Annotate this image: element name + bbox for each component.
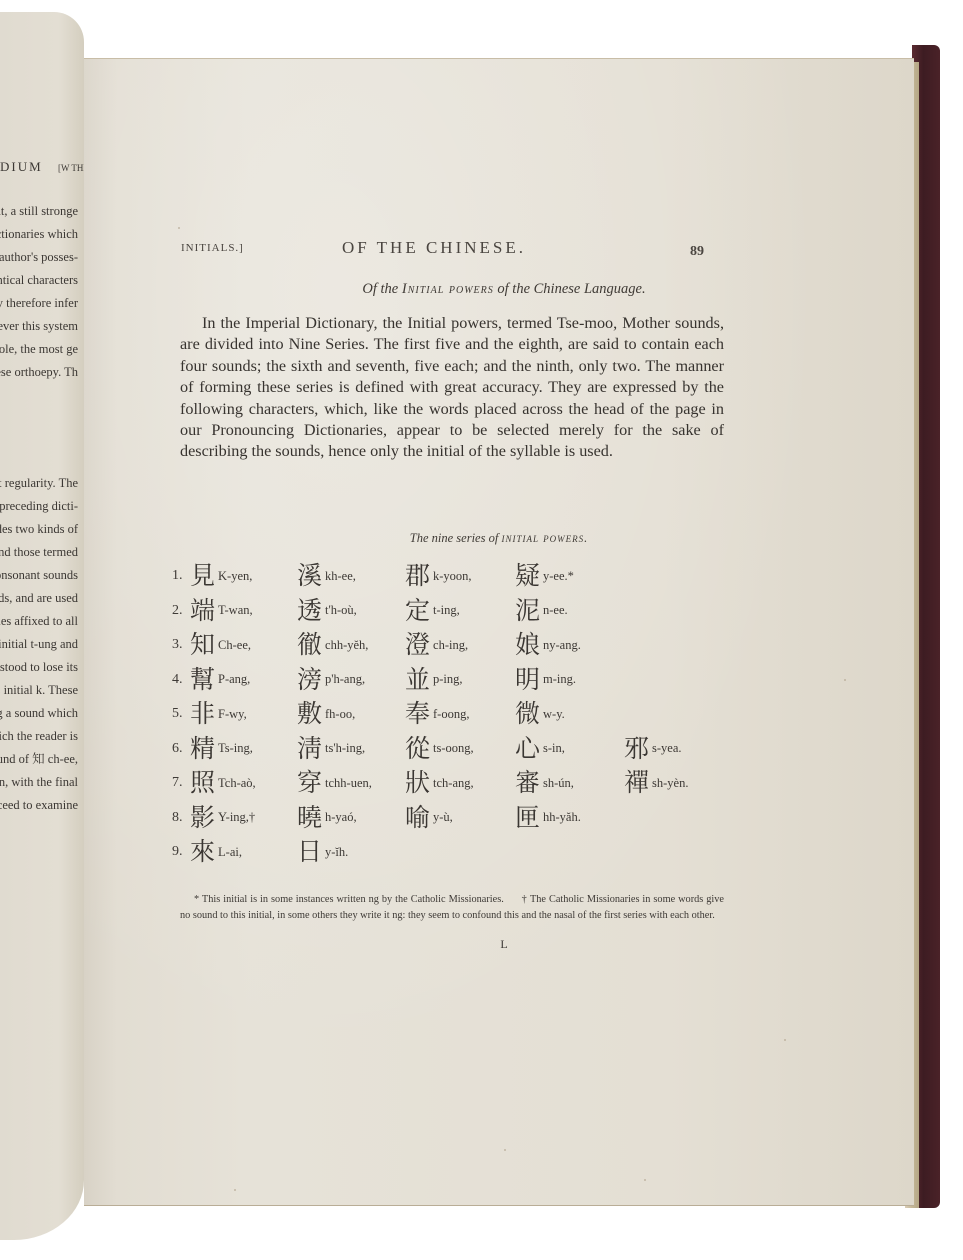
series-entry: 見K-yen, [190,561,252,591]
series-entry: 知Ch-ee, [190,630,251,660]
series-entry: 心s-in, [515,734,565,764]
chinese-character: 見 [190,561,215,591]
left-bracket: [W THE [58,164,84,173]
romanized-sound: Ch-ee, [218,638,251,653]
chinese-character: 微 [515,699,540,729]
left-page-line: It includes two kinds of [0,523,78,536]
series-entry: 穿tchh-uen, [297,768,372,798]
series-entry: 泥n-ee. [515,596,568,626]
left-page-line: he names affixed to all [0,615,78,628]
romanized-sound: ny-ang. [543,638,581,653]
footnote-star: * This initial is in some instances writ… [194,894,504,905]
romanized-sound: y-ee.* [543,569,574,584]
romanized-sound: sh-yèn. [652,776,688,791]
chinese-character: 郡 [405,561,430,591]
right-page: INITIALS.] OF THE CHINESE. 89 Of the Ini… [84,58,914,1206]
chinese-character: 端 [190,596,215,626]
romanized-sound: sh-ún, [543,776,574,791]
series-entry: 奉f-oong, [405,699,469,729]
left-page-line: understood to lose its [0,661,78,674]
romanized-sound: s-in, [543,741,565,756]
signature-mark: L [84,937,914,952]
caption-smallcaps: initial powers. [501,531,588,545]
series-entry: 曉h-yaó, [297,803,357,833]
series-entry: 透t'h-où, [297,596,357,626]
romanized-sound: kh-ee, [325,569,356,584]
chinese-character: 狀 [405,768,430,798]
romanized-sound: Y-ing,† [218,810,255,825]
romanized-sound: t-ing, [433,603,460,618]
series-entry: 滂p'h-ang, [297,665,365,695]
romanized-sound: K-yen, [218,569,252,584]
left-page-line: Chinese orthoepy. Th [0,366,78,379]
section-title-suffix: of the Chinese Language. [494,281,646,297]
series-entry: 禪sh-yèn. [624,768,688,798]
romanized-sound: Ts-ing, [218,741,253,756]
left-page-line: e in dictionaries which [0,228,78,241]
series-entry: 邪s-yea. [624,734,682,764]
romanized-sound: s-yea. [652,741,682,756]
romanized-sound: ch-ing, [433,638,468,653]
series-number: 6. [172,741,183,757]
romanized-sound: Tch-aò, [218,776,256,791]
series-entry: 澄ch-ing, [405,630,468,660]
running-head-title: OF THE CHINESE. [342,238,526,258]
left-page-line: ith which the reader is [0,730,78,743]
chinese-character: 精 [190,734,215,764]
series-entry: 並p-ing, [405,665,463,695]
chinese-character: 曉 [297,803,322,833]
chinese-character: 明 [515,665,540,695]
series-entry: 娘ny-ang. [515,630,581,660]
romanized-sound: k-yoon, [433,569,472,584]
chinese-character: 審 [515,768,540,798]
series-entry: 明m-ing. [515,665,576,695]
series-entry: 定t-ing, [405,596,460,626]
series-entry: 狀tch-ang, [405,768,474,798]
chinese-character: 溪 [297,561,322,591]
chinese-character: 來 [190,837,215,867]
romanized-sound: L-ai, [218,845,242,860]
chinese-character: 穿 [297,768,322,798]
series-number: 4. [172,672,183,688]
series-entry: 郡k-yoon, [405,561,472,591]
left-page-line: and the preceding dicti- [0,500,78,513]
series-entry: 疑y-ee.* [515,561,574,591]
left-page-line: in the author's posses- [0,251,78,264]
chinese-character: 奉 [405,699,430,729]
chinese-character: 照 [190,768,215,798]
romanized-sound: P-ang, [218,672,250,687]
chinese-character: 非 [190,699,215,729]
series-number: 7. [172,775,183,791]
left-page-line: the identical characters [0,274,78,287]
chinese-character: 匣 [515,803,540,833]
chinese-character: 定 [405,596,430,626]
left-page-line: nces soever this system [0,320,78,333]
chinese-character: 徹 [297,630,322,660]
series-entry: 幫P-ang, [190,665,250,695]
series-number: 2. [172,603,183,619]
series-entry: 徹chh-yĕh, [297,630,368,660]
chinese-character: 知 [190,630,215,660]
left-page-line: ly all Consonant sounds [0,569,78,582]
series-number: 3. [172,637,183,653]
series-entry: 端T-wan, [190,596,253,626]
chinese-character: 澄 [405,630,430,660]
paragraph-text: In the Imperial Dictionary, the Initial … [180,313,724,463]
romanized-sound: t'h-où, [325,603,357,618]
chinese-character: 幫 [190,665,215,695]
romanized-sound: w-y. [543,707,565,722]
chinese-character: 娘 [515,630,540,660]
romanized-sound: n-ee. [543,603,568,618]
page-number: 89 [690,244,704,260]
chinese-character: 心 [515,734,540,764]
romanized-sound: p'h-ang, [325,672,365,687]
left-page-line: But, a still stronge [0,205,78,218]
left-running-head: DIUM [0,160,43,173]
chinese-character: 透 [297,596,322,626]
series-number: 1. [172,568,183,584]
romanized-sound: fh-oo, [325,707,355,722]
romanized-sound: m-ing. [543,672,576,687]
romanized-sound: chh-yĕh, [325,638,368,653]
chinese-character: 邪 [624,734,649,764]
series-entry: 來L-ai, [190,837,242,867]
left-page-line: We may therefore infer [0,297,78,310]
series-entry: 淸ts'h-ing, [297,734,365,764]
chinese-character: 疑 [515,561,540,591]
series-entry: 審sh-ún, [515,768,574,798]
section-title: Of the Initial powers of the Chinese Lan… [84,281,914,298]
section-title-prefix: Of the [362,281,401,297]
chinese-character: 喻 [405,803,430,833]
left-page-line: al, its initial k. These [0,684,78,697]
left-page-line: sal sounds, and are used [0,592,78,605]
left-page-line: s a whole, the most ge [0,343,78,356]
chinese-character: 影 [190,803,215,833]
romanized-sound: tch-ang, [433,776,474,791]
series-entry: 匣hh-yăh. [515,803,581,833]
romanized-sound: tchh-uen, [325,776,372,791]
romanized-sound: hh-yăh. [543,810,581,825]
series-entry: 喻y-ù, [405,803,453,833]
chinese-character: 敷 [297,699,322,729]
series-entry: 精Ts-ing, [190,734,253,764]
chinese-character: 淸 [297,734,322,764]
left-page-line: we proceed to examine [0,799,78,812]
chinese-character: 滂 [297,665,322,695]
series-entry: 非F-wy, [190,699,247,729]
series-entry: 敷fh-oo, [297,699,355,729]
section-title-smallcaps: Initial powers [402,281,494,297]
series-number: 8. [172,810,183,826]
romanized-sound: p-ing, [433,672,463,687]
series-entry: 溪kh-ee, [297,561,356,591]
romanized-sound: ts-oong, [433,741,474,756]
romanized-sound: f-oong, [433,707,469,722]
series-number: 5. [172,706,183,722]
series-entry: 微w-y. [515,699,565,729]
series-entry: 日y-ĭh. [297,837,348,867]
table-caption: The nine series of initial powers. [84,531,914,546]
romanized-sound: F-wy, [218,707,247,722]
body-paragraph: In the Imperial Dictionary, the Initial … [180,313,724,463]
series-entry: 影Y-ing,† [190,803,255,833]
romanized-sound: y-ĭh. [325,845,348,860]
left-page-line: ounds, and those termed [0,546,78,559]
chinese-character: 日 [297,837,322,867]
running-head-section: INITIALS.] [181,242,244,254]
chinese-character: 從 [405,734,430,764]
series-entry: 從ts-oong, [405,734,474,764]
romanized-sound: T-wan, [218,603,253,618]
left-page-line: great regularity. The [0,477,78,490]
series-number: 9. [172,844,183,860]
romanized-sound: y-ù, [433,810,453,825]
chinese-character: 禪 [624,768,649,798]
left-page-line: he sound of 知 ch-ee, [0,753,78,766]
romanized-sound: ts'h-ing, [325,741,365,756]
footnotes: * This initial is in some instances writ… [180,892,724,924]
chinese-character: 並 [405,665,430,695]
series-entry: 照Tch-aò, [190,768,256,798]
left-page-line: oducing a sound which [0,707,78,720]
left-page: DIUM [W THE But, a still strongee in dic… [0,12,84,1240]
caption-prefix: The nine series of [410,531,502,545]
left-page-line: m the initial t-ung and [0,638,78,651]
romanized-sound: h-yaó, [325,810,357,825]
left-page-line: f ch-wun, with the final [0,776,78,789]
chinese-character: 泥 [515,596,540,626]
